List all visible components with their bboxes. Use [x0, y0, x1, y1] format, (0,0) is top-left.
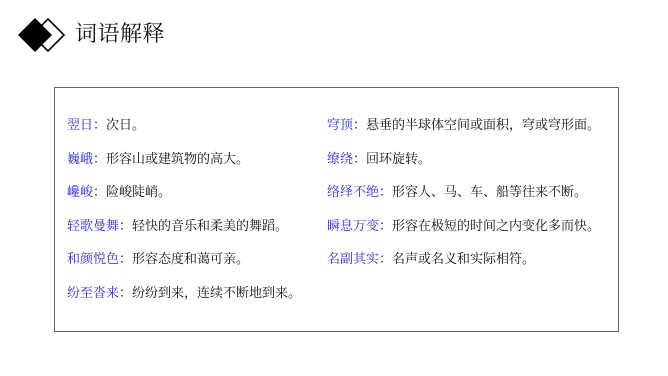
term: 和颜悦色	[67, 252, 119, 267]
separator: ：	[353, 118, 366, 133]
term: 轻歌曼舞	[67, 219, 119, 234]
double-diamond-icon	[17, 16, 67, 56]
definition-entry: 巍峨：形容山或建筑物的高大。	[67, 150, 301, 184]
definition-entry: 瞬息万变：形容在极短的时间之内变化多而快。	[327, 217, 600, 251]
term: 纷至沓来	[67, 286, 119, 301]
definition-entry: 名副其实：名声或名义和实际相符。	[327, 250, 600, 284]
separator: ：	[119, 252, 132, 267]
definition: 次日。	[106, 118, 145, 133]
page-title: 词语解释	[75, 20, 165, 50]
definition: 险峻陡峭。	[106, 185, 171, 200]
definition-entry: 翌日：次日。	[67, 116, 301, 150]
separator: ：	[93, 118, 106, 133]
definition-entry: 纷至沓来：纷纷到来，连续不断地到来。	[67, 284, 301, 318]
term: 翌日	[67, 118, 93, 133]
separator: ：	[119, 219, 132, 234]
term: 穹顶	[327, 118, 353, 133]
definition: 形容态度和蔼可亲。	[132, 252, 249, 267]
separator: ：	[119, 286, 132, 301]
definition: 回环旋转。	[366, 152, 431, 167]
term: 缭绕	[327, 152, 353, 167]
separator: ：	[93, 185, 106, 200]
definition: 纷纷到来，连续不断地到来。	[132, 286, 301, 301]
separator: ：	[93, 152, 106, 167]
definition: 形容人、马、车、船等往来不断。	[392, 185, 587, 200]
definition-entry: 缭绕：回环旋转。	[327, 150, 600, 184]
definition-entry: 穹顶：悬垂的半球体空间或面积，穹或穹形面。	[327, 116, 600, 150]
definition: 名声或名义和实际相符。	[392, 252, 535, 267]
separator: ：	[353, 152, 366, 167]
term: 络绎不绝	[327, 185, 379, 200]
term: 巍峨	[67, 152, 93, 167]
definition-entry: 轻歌曼舞：轻快的音乐和柔美的舞蹈。	[67, 217, 301, 251]
definition-entry: 络绎不绝：形容人、马、车、船等往来不断。	[327, 183, 600, 217]
definitions-left-column: 翌日：次日。 巍峨：形容山或建筑物的高大。 巉峻：险峻陡峭。 轻歌曼舞：轻快的音…	[67, 116, 301, 318]
definition: 悬垂的半球体空间或面积，穹或穹形面。	[366, 118, 600, 133]
definition: 形容山或建筑物的高大。	[106, 152, 249, 167]
definition-entry: 巉峻：险峻陡峭。	[67, 183, 301, 217]
definition-entry: 和颜悦色：形容态度和蔼可亲。	[67, 250, 301, 284]
definition: 轻快的音乐和柔美的舞蹈。	[132, 219, 288, 234]
term: 名副其实	[327, 252, 379, 267]
definitions-right-column: 穹顶：悬垂的半球体空间或面积，穹或穹形面。 缭绕：回环旋转。 络绎不绝：形容人、…	[327, 116, 600, 284]
separator: ：	[379, 252, 392, 267]
term: 巉峻	[67, 185, 93, 200]
separator: ：	[379, 185, 392, 200]
term: 瞬息万变	[327, 219, 379, 234]
separator: ：	[379, 219, 392, 234]
definition: 形容在极短的时间之内变化多而快。	[392, 219, 600, 234]
